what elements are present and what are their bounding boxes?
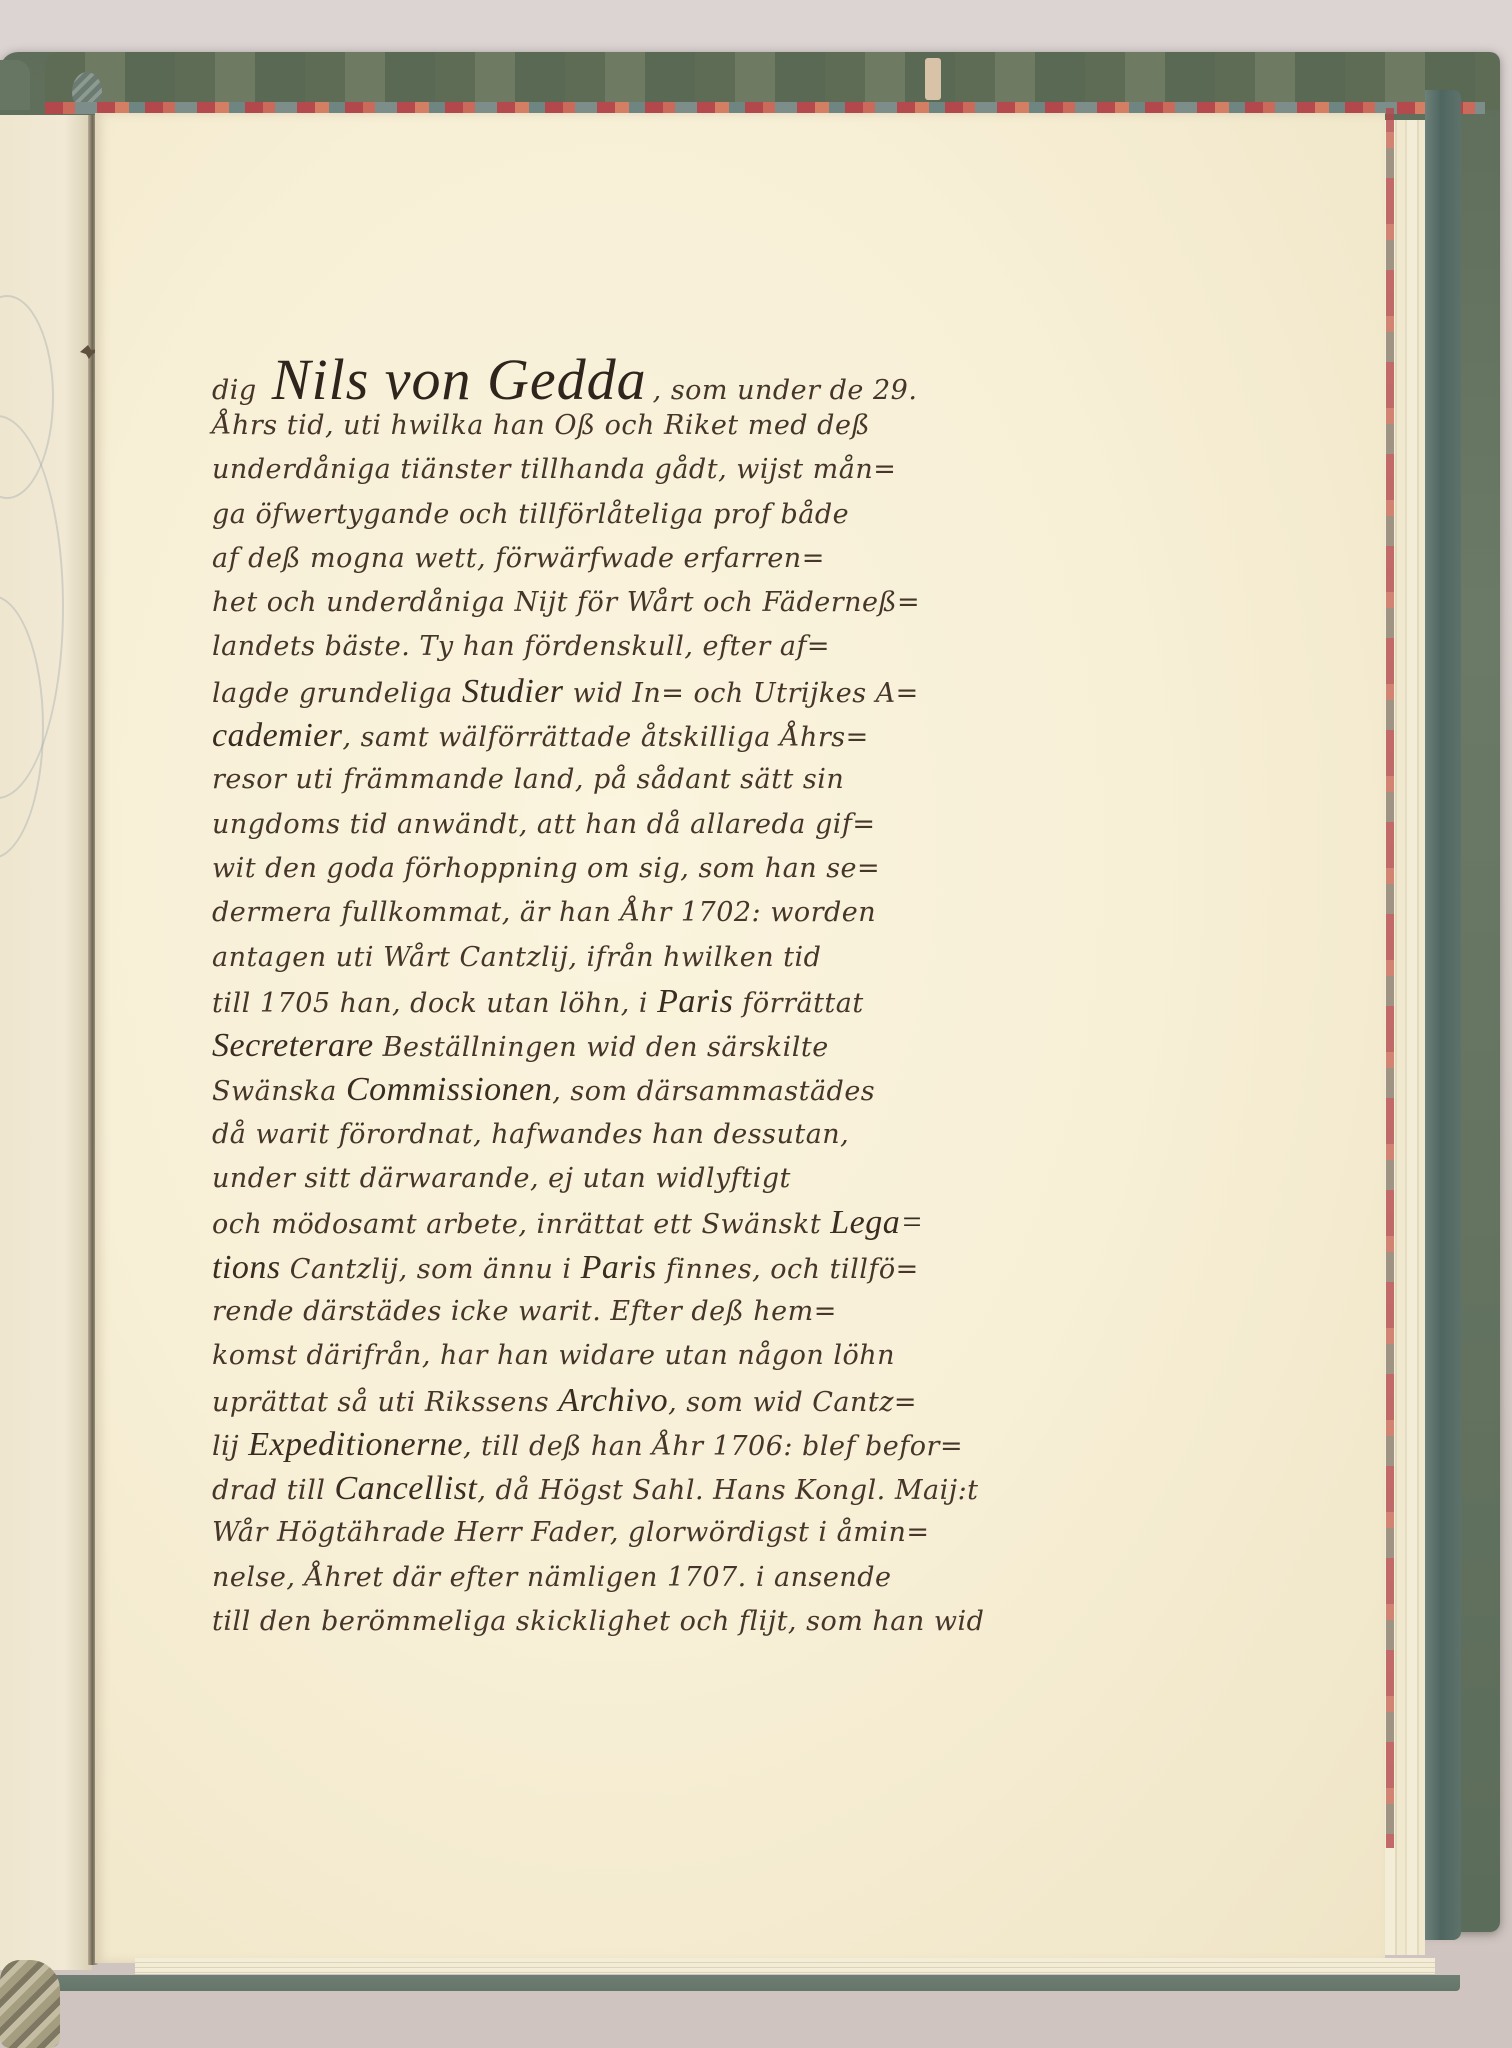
emphasized-word: Paris	[657, 983, 733, 1020]
manuscript-line: under sitt därwarande, ej utan widlyftig…	[212, 1157, 1202, 1201]
manuscript-line: till den berömmeliga skicklighet och fli…	[212, 1600, 1202, 1644]
line-text: wid In= och Utrijkes A=	[564, 678, 919, 709]
manuscript-line: rende därstädes icke warit. Efter deß he…	[212, 1290, 1202, 1334]
manuscript-line: het och underdåniga Nijt för Wårt och Fä…	[212, 581, 1202, 625]
emphasized-word: Paris	[581, 1249, 657, 1286]
line-text: till den berömmeliga skicklighet och fli…	[212, 1606, 984, 1637]
manuscript-line: antagen uti Wårt Cantzlij, ifrån hwilken…	[212, 936, 1202, 980]
manuscript-line: uprättat så uti Rikssens Archivo, som wi…	[212, 1379, 1202, 1423]
manuscript-line: till 1705 han, dock utan löhn, i Paris f…	[212, 980, 1202, 1024]
emphasized-word: Commissionen	[346, 1071, 552, 1108]
cover-bottom-band	[40, 1975, 1460, 1991]
line-text: rende därstädes icke warit. Efter deß he…	[212, 1296, 837, 1327]
line-text: , som därsammastädes	[552, 1076, 875, 1107]
cover-right-edge	[1425, 90, 1461, 1940]
manuscript-line: ungdoms tid anwändt, att han då allareda…	[212, 803, 1202, 847]
line-text: nelse, Åhret där efter nämligen 1707. i …	[212, 1562, 892, 1593]
line-text: uprättat så uti Rikssens	[212, 1387, 558, 1418]
line-text: ungdoms tid anwändt, att han då allareda…	[212, 809, 876, 840]
manuscript-line: af deß mogna wett, förwärfwade erfarren=	[212, 537, 1202, 581]
marbled-edge-right	[1386, 108, 1394, 1848]
emphasized-word: Cancellist	[335, 1470, 478, 1507]
line-text: Wår Högtährade Herr Fader, glorwördigst …	[212, 1517, 929, 1548]
manuscript-line: komst därifrån, har han widare utan någo…	[212, 1334, 1202, 1378]
line-text: landets bäste. Ty han fördenskull, efter…	[212, 631, 830, 662]
manuscript-line: lij Expeditionerne, till deß han Åhr 170…	[212, 1423, 1202, 1467]
binding-cord-icon	[0, 1960, 60, 2048]
manuscript-line: resor uti främmande land, på sådant sätt…	[212, 758, 1202, 802]
line-text: Beställningen wid den särskilte	[374, 1032, 829, 1063]
line-text: underdåniga tiänster tillhanda gådt, wij…	[212, 454, 896, 485]
emphasized-word: Lega=	[830, 1204, 923, 1241]
manuscript-line: då warit förordnat, hafwandes han dessut…	[212, 1113, 1202, 1157]
spine-repair-tab	[925, 58, 941, 100]
line-text: Swänska	[212, 1076, 346, 1107]
line-text: het och underdåniga Nijt för Wårt och Fä…	[212, 587, 920, 618]
page-stack-bottom	[135, 1958, 1435, 1974]
manuscript-line: landets bäste. Ty han fördenskull, efter…	[212, 625, 1202, 669]
manuscript-line: drad till Cancellist, då Högst Sahl. Han…	[212, 1467, 1202, 1511]
line-text: Cantzlij, som ännu i	[281, 1254, 581, 1285]
line-text: antagen uti Wårt Cantzlij, ifrån hwilken…	[212, 942, 821, 973]
emphasized-word: Archivo	[558, 1382, 668, 1419]
cover-top-band-left	[0, 60, 30, 110]
line-text: förrättat	[733, 988, 863, 1019]
pencil-sketch-icon	[0, 295, 54, 499]
emphasized-word: cademier	[212, 717, 343, 754]
manuscript-line: ga öfwertygande och tillförlåteliga prof…	[212, 493, 1202, 537]
manuscript-line: tions Cantzlij, som ännu i Paris finnes,…	[212, 1246, 1202, 1290]
manuscript-line: dermera fullkommat, är han Åhr 1702: wor…	[212, 891, 1202, 935]
line-text: lagde grundeliga	[212, 678, 462, 709]
line-text: , som wid Cantz=	[668, 1387, 917, 1418]
line-text: , som under de 29.	[653, 375, 918, 406]
line-text: af deß mogna wett, förwärfwade erfarren=	[212, 543, 825, 574]
line-text: under sitt därwarande, ej utan widlyftig…	[212, 1163, 791, 1194]
line-text: finnes, och tillfö=	[657, 1254, 919, 1285]
manuscript-line: Secreterare Beställningen wid den särski…	[212, 1024, 1202, 1068]
manuscript-line: Åhrs tid, uti hwilka han Oß och Riket me…	[212, 404, 1202, 448]
line-text: wit den goda förhoppning om sig, som han…	[212, 853, 880, 884]
manuscript-line: nelse, Åhret där efter nämligen 1707. i …	[212, 1556, 1202, 1600]
line-text: dermera fullkommat, är han Åhr 1702: wor…	[212, 897, 876, 928]
manuscript-line: Swänska Commissionen, som därsammastädes	[212, 1068, 1202, 1112]
manuscript-text: dig Nils von Gedda, som under de 29. Åhr…	[212, 352, 1202, 1644]
line-text: , samt wälförrättade åtskilliga Åhrs=	[343, 722, 869, 753]
line-text: och mödosamt arbete, inrättat ett Swänsk…	[212, 1209, 830, 1240]
line-text: drad till	[212, 1475, 335, 1506]
manuscript-line: underdåniga tiänster tillhanda gådt, wij…	[212, 448, 1202, 492]
emphasized-word: Secreterare	[212, 1027, 374, 1064]
line-text: ga öfwertygande och tillförlåteliga prof…	[212, 499, 849, 530]
line-text: , till deß han Åhr 1706: blef befor=	[463, 1431, 963, 1462]
line-text: , då Högst Sahl. Hans Kongl. Maij:t	[477, 1475, 978, 1506]
line-text: komst därifrån, har han widare utan någo…	[212, 1340, 895, 1371]
line-text: dig	[212, 375, 266, 406]
emphasized-word: tions	[212, 1249, 281, 1286]
line-text: Åhrs tid, uti hwilka han Oß och Riket me…	[212, 410, 870, 441]
line-text: lij	[212, 1431, 248, 1462]
manuscript-line: cademier, samt wälförrättade åtskilliga …	[212, 714, 1202, 758]
emphasized-word: Studier	[462, 673, 564, 710]
manuscript-line: dig Nils von Gedda, som under de 29.	[212, 352, 1202, 404]
line-text: till 1705 han, dock utan löhn, i	[212, 988, 657, 1019]
manuscript-line: och mödosamt arbete, inrättat ett Swänsk…	[212, 1201, 1202, 1245]
manuscript-line: Wår Högtährade Herr Fader, glorwördigst …	[212, 1511, 1202, 1555]
left-facing-page	[0, 115, 92, 1970]
subject-name: Nils von Gedda	[266, 347, 653, 412]
line-text: resor uti främmande land, på sådant sätt…	[212, 764, 844, 795]
manuscript-line: lagde grundeliga Studier wid In= och Utr…	[212, 670, 1202, 714]
manuscript-line: wit den goda förhoppning om sig, som han…	[212, 847, 1202, 891]
line-text: då warit förordnat, hafwandes han dessut…	[212, 1119, 849, 1150]
emphasized-word: Expeditionerne	[248, 1426, 463, 1463]
